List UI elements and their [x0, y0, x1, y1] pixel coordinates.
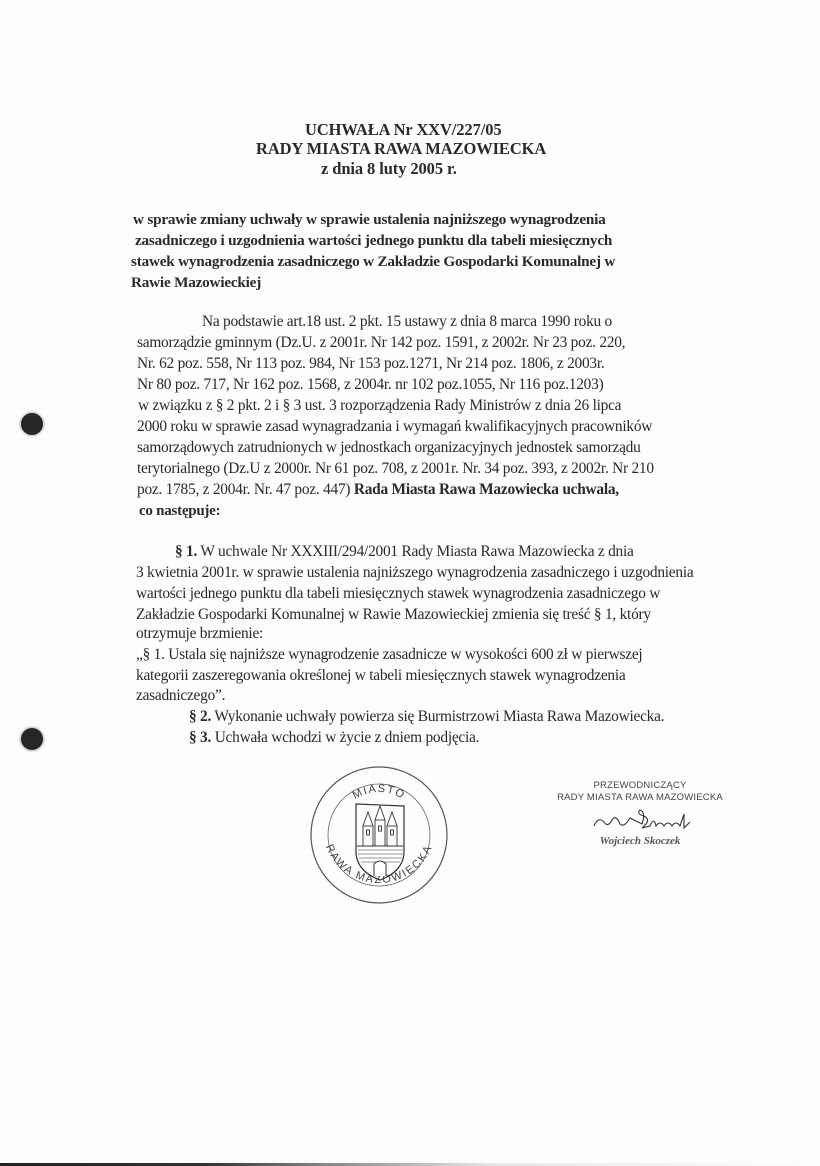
preamble-line: Nr 80 poz. 717, Nr 162 poz. 1568, z 2004…	[137, 375, 603, 395]
preamble-line: terytorialnego (Dz.U z 2000r. Nr 61 poz.…	[137, 459, 654, 479]
paragraph-1-line: Zakładzie Gospodarki Komunalnej w Rawie …	[136, 605, 651, 625]
signatory-name: Wojciech Skoczek	[540, 835, 740, 847]
resolution-number: UCHWAŁA Nr XXV/227/05	[305, 120, 502, 139]
paragraph-1-line: otrzymuje brzmienie:	[136, 624, 263, 644]
paragraph-1-quote-line: kategorii zaszeregowania określonej w ta…	[136, 666, 625, 686]
signatory-council: RADY MIASTA RAWA MAZOWIECKA	[540, 792, 740, 804]
paragraph-3: § 3. Uchwała wchodzi w życie z dniem pod…	[189, 728, 479, 748]
city-seal: MIASTO RAWA MAZOWIECKA	[308, 764, 450, 906]
paragraph-marker: § 1.	[175, 543, 197, 560]
paragraph-1-line: wartości jednego punktu dla tabeli miesi…	[136, 584, 660, 604]
paragraph-1-first-line: § 1. W uchwale Nr XXXIII/294/2001 Rady M…	[175, 542, 634, 562]
paragraph-text: Wykonanie uchwały powierza się Burmistrz…	[211, 708, 664, 725]
preamble-line: samorządzie gminnym (Dz.U. z 2001r. Nr 1…	[137, 333, 625, 353]
paragraph-1-line: 3 kwietnia 2001r. w sprawie ustalenia na…	[136, 563, 693, 583]
subject-line: stawek wynagrodzenia zasadniczego w Zakł…	[131, 251, 615, 272]
paragraph-text: W uchwale Nr XXXIII/294/2001 Rady Miasta…	[197, 543, 633, 560]
castle-coat-of-arms-icon	[356, 804, 404, 880]
subject-line: zasadniczego i uzgodnienia wartości jedn…	[135, 230, 612, 251]
preamble-line: Na podstawie art.18 ust. 2 pkt. 15 ustaw…	[202, 312, 612, 332]
seal-top-text: MIASTO	[351, 783, 408, 802]
signature-block: PRZEWODNICZĄCY RADY MIASTA RAWA MAZOWIEC…	[540, 780, 740, 847]
paragraph-marker: § 3.	[189, 729, 211, 746]
preamble-closing: co następuje:	[139, 501, 220, 521]
preamble-line: w związku z § 2 pkt. 2 i § 3 ust. 3 rozp…	[138, 396, 621, 416]
preamble-citation: poz. 1785, z 2004r. Nr. 47 poz. 447)	[137, 481, 354, 498]
preamble-line: samorządowych zatrudnionych w jednostkac…	[137, 438, 641, 458]
preamble-line: poz. 1785, z 2004r. Nr. 47 poz. 447) Rad…	[137, 480, 619, 500]
resolution-date: z dnia 8 luty 2005 r.	[321, 159, 457, 178]
subject-line: w sprawie zmiany uchwały w sprawie ustal…	[133, 209, 606, 230]
paragraph-1-quote-line: „§ 1. Ustala się najniższe wynagrodzenie…	[136, 645, 642, 665]
subject-line: Rawie Mazowieckiej	[131, 272, 261, 293]
preamble-line: Nr. 62 poz. 558, Nr 113 poz. 984, Nr 153…	[137, 354, 605, 374]
preamble-line: 2000 roku w sprawie zasad wynagradzania …	[137, 417, 652, 437]
paragraph-1-quote-line: zasadniczego”.	[136, 686, 225, 706]
document-page: UCHWAŁA Nr XXV/227/05 RADY MIASTA RAWA M…	[0, 0, 820, 1166]
punch-hole	[21, 728, 43, 750]
punch-hole	[21, 413, 43, 435]
paragraph-marker: § 2.	[189, 708, 211, 725]
paragraph-2: § 2. Wykonanie uchwały powierza się Burm…	[189, 707, 664, 727]
signatory-title: PRZEWODNICZĄCY	[540, 780, 740, 792]
paragraph-text: Uchwała wchodzi w życie z dniem podjęcia…	[211, 729, 479, 746]
council-resolves: Rada Miasta Rawa Mazowiecka uchwala,	[354, 481, 619, 498]
council-name: RADY MIASTA RAWA MAZOWIECKA	[256, 139, 546, 158]
handwritten-signature	[580, 806, 700, 832]
